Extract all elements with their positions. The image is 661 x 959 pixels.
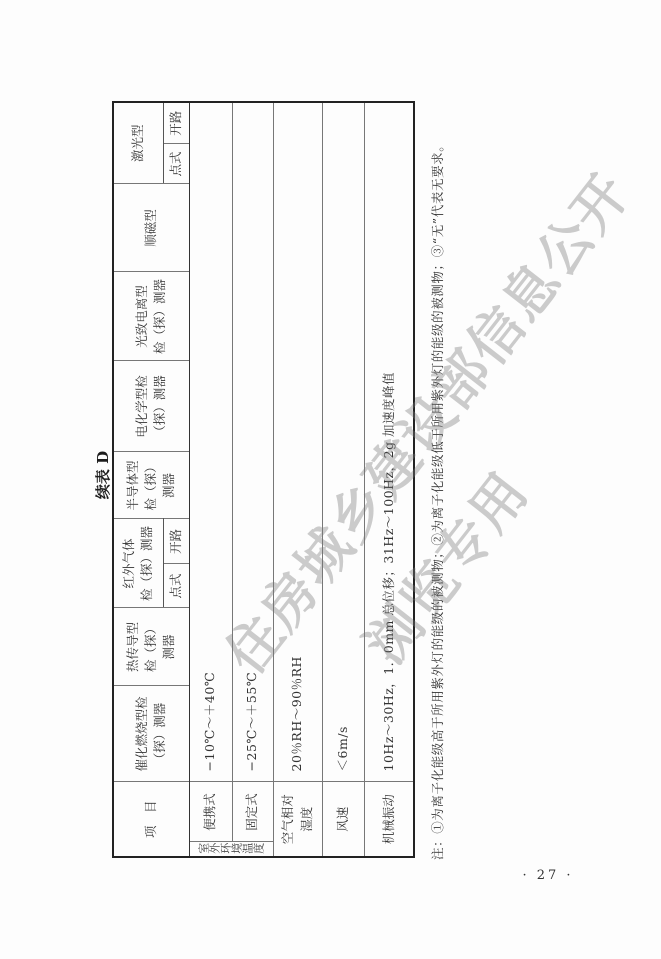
row-value-fixed: −25℃～＋55℃ bbox=[232, 102, 273, 782]
header-laser-point: 点式 bbox=[163, 144, 189, 184]
header-catalytic: 催化燃烧型检 （探）测器 bbox=[113, 686, 189, 782]
header-paramagnetic: 顺磁型 bbox=[113, 184, 189, 272]
table-row: 室外环境温度 便携式 −10℃～＋40℃ bbox=[189, 102, 232, 857]
header-infrared: 红外气体 检（探）测器 bbox=[113, 519, 163, 608]
header-electrochemical: 电化学型检 （探）测器 bbox=[113, 361, 189, 452]
row-value-relative-humidity: 20％RH～90％RH bbox=[273, 102, 322, 782]
header-laser: 激光型 bbox=[113, 102, 163, 184]
table-caption: 续表 D bbox=[92, 435, 114, 515]
header-laser-open-path: 开路 bbox=[163, 102, 189, 144]
row-label-relative-humidity: 空气相对 湿度 bbox=[273, 782, 322, 857]
page-number: · 27 · bbox=[518, 868, 578, 888]
row-group-outdoor-temperature: 室外环境温度 bbox=[189, 842, 273, 857]
header-infrared-point: 点式 bbox=[163, 564, 189, 608]
table-row: 风速 ＜6m/s bbox=[322, 102, 364, 857]
row-label-mechanical-vibration: 机械振动 bbox=[364, 782, 414, 857]
table-row: 空气相对 湿度 20％RH～90％RH bbox=[273, 102, 322, 857]
header-semiconductor: 半导体型 检（探） 测器 bbox=[113, 452, 189, 519]
header-infrared-open-path: 开路 bbox=[163, 519, 189, 564]
header-thermal: 热传导型 检（探） 测器 bbox=[113, 608, 189, 686]
row-value-portable: −10℃～＋40℃ bbox=[189, 102, 232, 782]
table-row: 固定式 −25℃～＋55℃ bbox=[232, 102, 273, 857]
table-row: 机械振动 10Hz～30Hz，1．0mm 总位移；31Hz～100Hz，2g 加… bbox=[364, 102, 414, 857]
row-value-mechanical-vibration: 10Hz～30Hz，1．0mm 总位移；31Hz～100Hz，2g 加速度峰值 bbox=[364, 102, 414, 782]
header-photoionization: 光致电离型 检（探）测器 bbox=[113, 272, 189, 361]
row-label-fixed: 固定式 bbox=[232, 782, 273, 842]
spec-table-container: 项 目 催化燃烧型检 （探）测器 热传导型 检（探） 测器 红外气体 检（探）测… bbox=[112, 103, 414, 858]
environment-requirements-table: 项 目 催化燃烧型检 （探）测器 热传导型 检（探） 测器 红外气体 检（探）测… bbox=[112, 101, 415, 858]
table-note: 注：①为离子化能级高于所用紫外灯的能级的被测物；②为离子化能级低于所用紫外灯的能… bbox=[428, 100, 448, 860]
header-item: 项 目 bbox=[113, 782, 189, 857]
row-label-wind-speed: 风速 bbox=[322, 782, 364, 857]
row-label-portable: 便携式 bbox=[189, 782, 232, 842]
row-value-wind-speed: ＜6m/s bbox=[322, 102, 364, 782]
